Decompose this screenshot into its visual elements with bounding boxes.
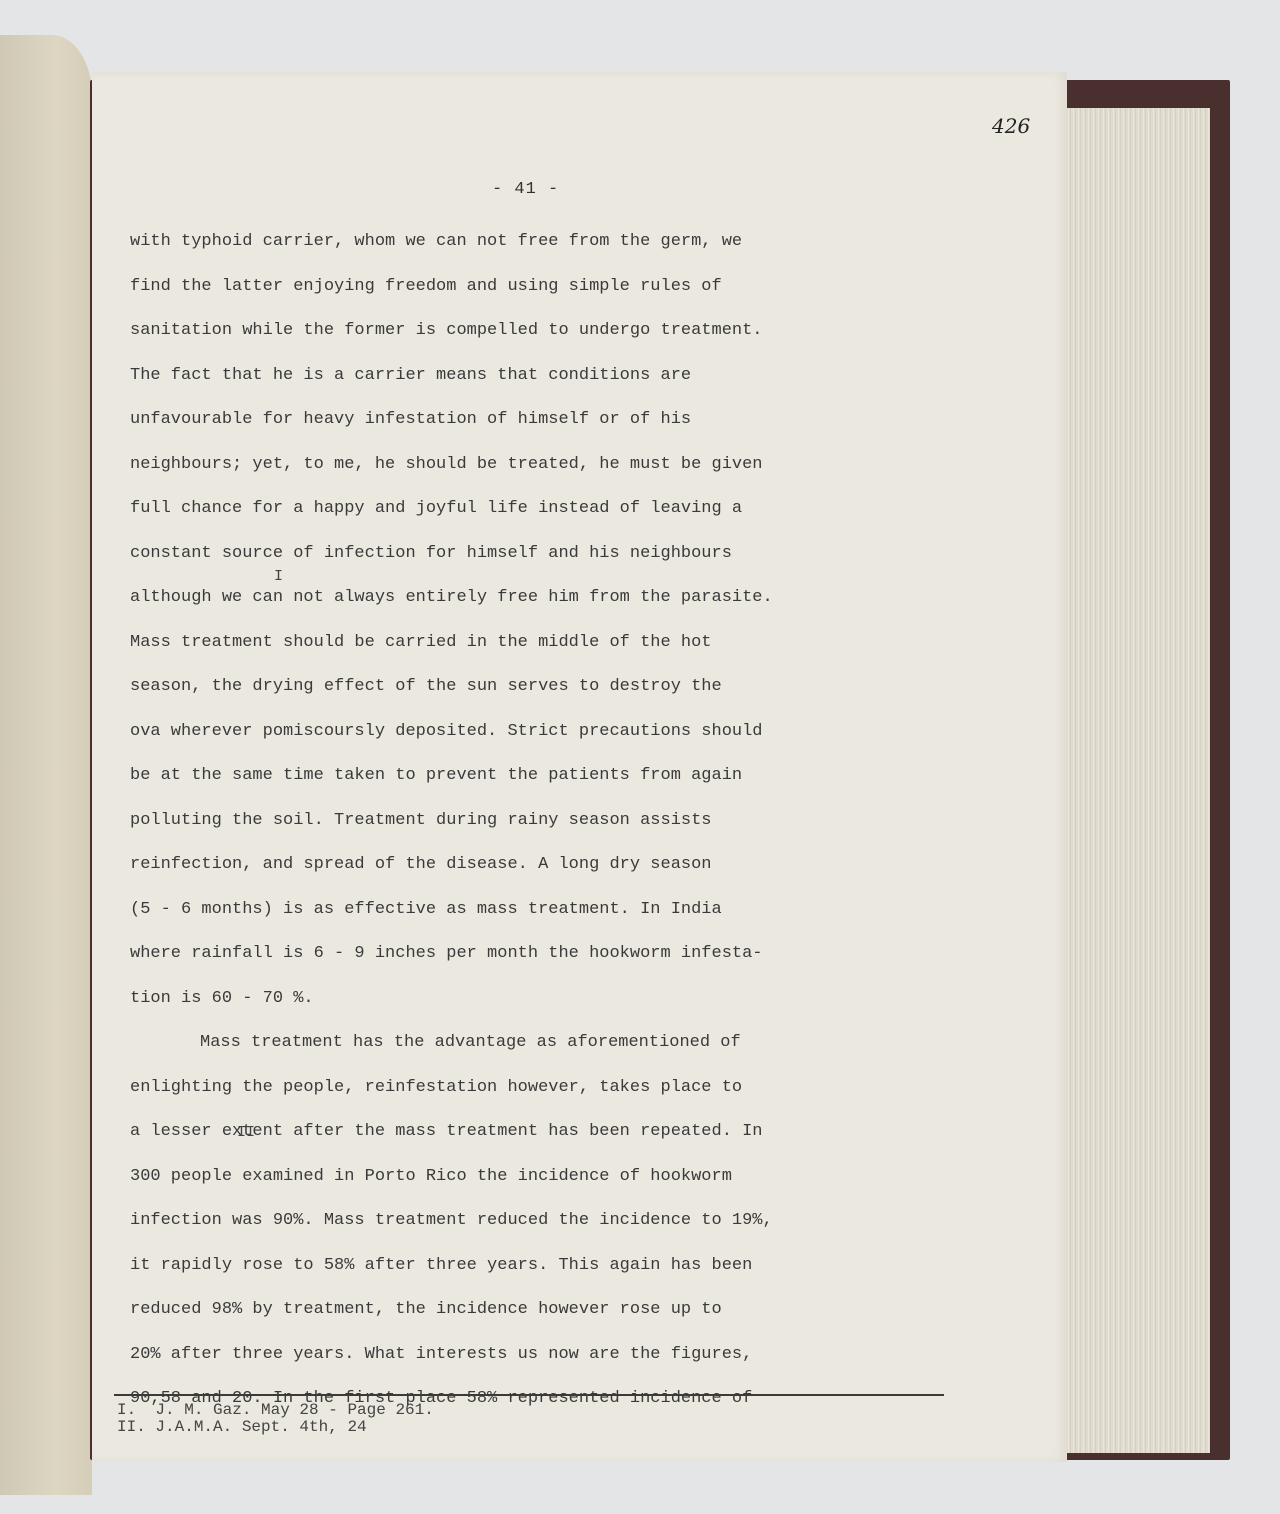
handwritten-folio-number: 426 (992, 114, 1030, 138)
document-page: 426 - 41 - with typhoid carrier, whom we… (92, 72, 1067, 1462)
text-line: be at the same time taken to prevent the… (130, 766, 930, 811)
text-line: (5 - 6 months) is as effective as mass t… (130, 900, 930, 945)
text-line: The fact that he is a carrier means that… (130, 366, 930, 411)
text-line: Mass treatment has the advantage as afor… (130, 1033, 930, 1078)
text-line: it rapidly rose to 58% after three years… (130, 1256, 930, 1301)
text-line: where rainfall is 6 - 9 inches per month… (130, 944, 930, 989)
text-line: sanitation while the former is compelled… (130, 321, 930, 366)
text-line: Mass treatment should be carried in the … (130, 633, 930, 678)
text-line: ova wherever pomiscoursly deposited. Str… (130, 722, 930, 767)
body-text: with typhoid carrier, whom we can not fr… (130, 232, 930, 1434)
text-line: 20% after three years. What interests us… (130, 1345, 930, 1390)
text-line: although we can not always entirely free… (130, 588, 930, 633)
text-line: with typhoid carrier, whom we can not fr… (130, 232, 930, 277)
footnote-2: II. J.A.M.A. Sept. 4th, 24 (117, 1419, 434, 1436)
text-line: 300 people examined in Porto Rico the in… (130, 1167, 930, 1212)
text-line: season, the drying effect of the sun ser… (130, 677, 930, 722)
text-line: neighbours; yet, to me, he should be tre… (130, 455, 930, 500)
text-line: polluting the soil. Treatment during rai… (130, 811, 930, 856)
left-page-edge (0, 35, 92, 1495)
text-line: reduced 98% by treatment, the incidence … (130, 1300, 930, 1345)
text-line: find the latter enjoying freedom and usi… (130, 277, 930, 322)
page-number: - 41 - (492, 180, 559, 199)
text-line: enlighting the people, reinfestation how… (130, 1078, 930, 1123)
footnote-1: I. J. M. Gaz. May 28 - Page 261. (117, 1402, 434, 1419)
text-line: infection was 90%. Mass treatment reduce… (130, 1211, 930, 1256)
text-line: reinfection, and spread of the disease. … (130, 855, 930, 900)
text-line: full chance for a happy and joyful life … (130, 499, 930, 544)
text-line: tion is 60 - 70 %. (130, 989, 930, 1034)
footnote-marker-2: II (237, 1124, 255, 1141)
text-line: constant source of infection for himself… (130, 544, 930, 589)
text-line: unfavourable for heavy infestation of hi… (130, 410, 930, 455)
footnotes: I. J. M. Gaz. May 28 - Page 261. II. J.A… (117, 1402, 434, 1436)
footnote-marker-1: I (274, 568, 283, 585)
page-stack-edges (1067, 108, 1210, 1453)
footnote-divider (114, 1394, 944, 1396)
